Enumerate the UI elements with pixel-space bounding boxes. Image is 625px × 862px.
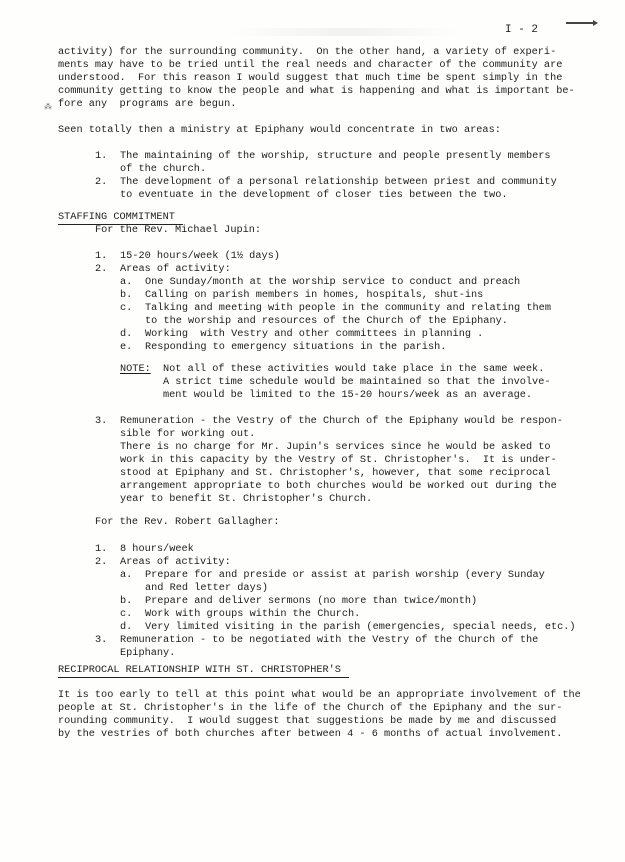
activity-text: Calling on parish members in homes, hosp… — [145, 289, 483, 302]
list-number: 3. — [95, 634, 107, 647]
activity-letter: b. — [120, 595, 132, 608]
activity-text: Work with groups within the Church. — [145, 608, 360, 621]
activity-text: Very limited visiting in the parish (eme… — [145, 621, 576, 634]
summary-item-number: 1. — [95, 150, 107, 163]
summary-item-text: of the church. — [120, 163, 206, 176]
list-number: 1. — [95, 543, 107, 556]
intro-line: fore any programs are begun. — [58, 98, 236, 111]
margin-annotation: ⁂ — [44, 101, 52, 114]
remuneration-text: There is no charge for Mr. Jupin's servi… — [120, 441, 551, 454]
reciprocal-line: people at St. Christopher's in the life … — [58, 702, 562, 715]
activity-text: and Red letter days) — [145, 582, 268, 595]
list-number: 1. — [95, 250, 107, 263]
activity-letter: d. — [120, 621, 132, 634]
activity-text: One Sunday/month at the worship service … — [145, 276, 520, 289]
page-number: I - 2 — [505, 24, 538, 37]
note-label: NOTE: — [120, 363, 151, 376]
activity-text: Prepare for and preside or assist at par… — [145, 569, 545, 582]
note-text: Not all of these activities would take p… — [163, 363, 544, 376]
reciprocal-line: It is too early to tell at this point wh… — [58, 689, 581, 702]
document-page: I - 2 ⁂ activity) for the surrounding co… — [0, 0, 625, 862]
activity-letter: e. — [120, 341, 132, 354]
activity-text: Working with Vestry and other committees… — [145, 328, 483, 341]
intro-line: community getting to know the people and… — [58, 85, 575, 98]
remuneration-text: Remuneration - to be negotiated with the… — [120, 634, 538, 647]
remuneration-text: work in this capacity by the Vestry of S… — [120, 454, 557, 467]
activity-text: Responding to emergency situations in th… — [145, 341, 446, 354]
activity-text: Prepare and deliver sermons (no more tha… — [145, 595, 477, 608]
list-number: 2. — [95, 263, 107, 276]
note-text: ment would be limited to the 15-20 hours… — [163, 389, 532, 402]
summary-item-number: 2. — [95, 176, 107, 189]
list-text: 15-20 hours/week (1½ days) — [120, 250, 280, 263]
reciprocal-line: by the vestries of both churches after b… — [58, 728, 562, 741]
summary-item-text: The development of a personal relationsh… — [120, 176, 557, 189]
activity-letter: b. — [120, 289, 132, 302]
activity-letter: a. — [120, 276, 132, 289]
activity-text: Talking and meeting with people in the c… — [145, 302, 551, 315]
summary-item-text: The maintaining of the worship, structur… — [120, 150, 551, 163]
list-number: 3. — [95, 415, 107, 428]
reciprocal-line: rounding community. I would suggest that… — [58, 715, 556, 728]
remuneration-text: year to benefit St. Christopher's Church… — [120, 493, 372, 506]
activity-text: to the worship and resources of the Chur… — [145, 315, 508, 328]
list-text: Areas of activity: — [120, 556, 231, 569]
intro-line: activity) for the surrounding community.… — [58, 46, 556, 59]
corner-arrow-mark — [566, 22, 594, 24]
activity-letter: c. — [120, 608, 132, 621]
remuneration-text: Remuneration - the Vestry of the Church … — [120, 415, 563, 428]
jupin-title: For the Rev. Michael Jupin: — [95, 224, 261, 237]
section-heading-staffing: STAFFING COMMITMENT — [58, 211, 183, 225]
list-text: Areas of activity: — [120, 263, 231, 276]
remuneration-text: sible for working out. — [120, 428, 255, 441]
gallagher-title: For the Rev. Robert Gallagher: — [95, 516, 280, 529]
activity-letter: d. — [120, 328, 132, 341]
activity-letter: a. — [120, 569, 132, 582]
list-text: 8 hours/week — [120, 543, 194, 556]
intro-line: ments may have to be tried until the rea… — [58, 59, 562, 72]
list-number: 2. — [95, 556, 107, 569]
scan-smudge — [230, 28, 460, 36]
summary-lead: Seen totally then a ministry at Epiphany… — [58, 124, 501, 137]
note-text: A strict time schedule would be maintain… — [163, 376, 551, 389]
remuneration-text: stood at Epiphany and St. Christopher's,… — [120, 467, 551, 480]
section-heading-reciprocal: RECIPROCAL RELATIONSHIP WITH ST. CHRISTO… — [58, 664, 349, 678]
remuneration-text: Epiphany. — [120, 647, 175, 660]
activity-letter: c. — [120, 302, 132, 315]
intro-line: understood. For this reason I would sugg… — [58, 72, 562, 85]
remuneration-text: arrangement appropriate to both churches… — [120, 480, 557, 493]
summary-item-text: to eventuate in the development of close… — [120, 189, 508, 202]
